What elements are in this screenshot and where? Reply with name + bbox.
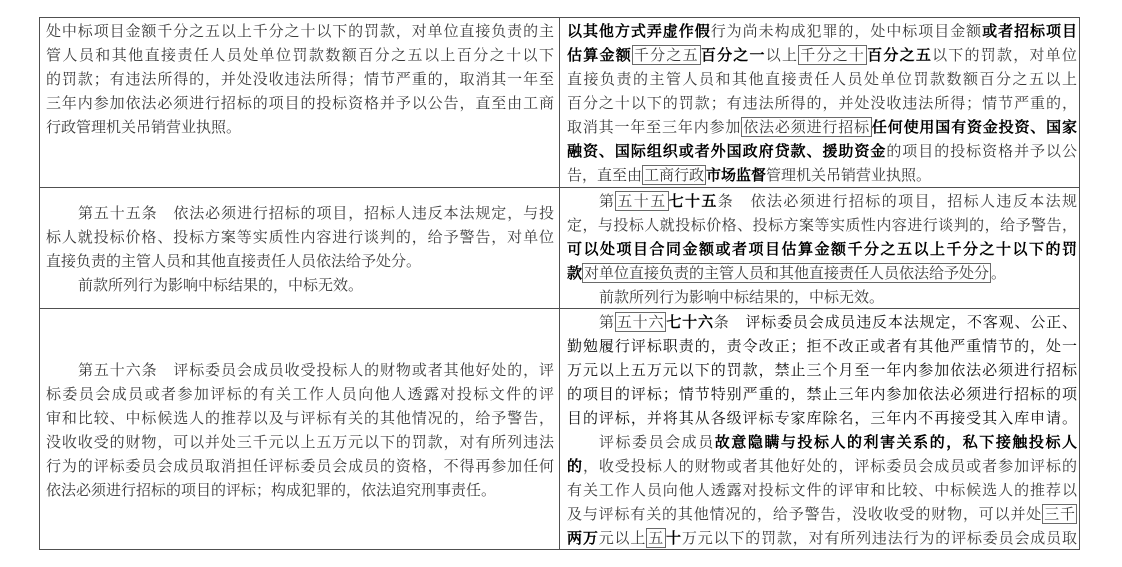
text-line: 万元以上五万元以下的罚款，禁止三个月至一年内参加依法必须进行招标: [567, 358, 1077, 382]
added-text-bold: 估算金额: [567, 46, 632, 64]
row-2-revised-text-cell: 第五十五七十五条 依法必须进行招标的项目，招标人违反本法规定，与投标人就投标价格…: [560, 188, 1080, 309]
text-line: 行政管理机关吊销营业执照。: [46, 115, 554, 139]
text-run: 条 依法必须进行招标的项目，招标人违反本法规: [718, 192, 1077, 210]
paragraph: 前款所列行为影响中标结果的，中标无效。: [46, 273, 554, 297]
text-line: 的项目的评标；情节特别严重的，禁止三年内参加依法必须进行招标的项: [567, 382, 1077, 406]
paragraph: 第五十六条 评标委员会成员收受投标人的财物或者其他好处的，评标委员会成员或者参加…: [46, 358, 554, 502]
text-run: 以下的罚款，对单位: [932, 46, 1077, 64]
text-line: 及与评标有关的其他情况的，给予警告，没收收受的财物，可以并处三千: [567, 502, 1077, 526]
text-run: 第: [599, 192, 615, 210]
text-run: 管理机关吊销营业执照。: [766, 166, 931, 184]
text-run: 没收收受的财物，可以并处三千元以上五万元以下的罚款，对有所列违法: [46, 433, 554, 451]
added-text: 评标委员会成员违反本法规定，不客观、公正、: [745, 313, 1077, 331]
text-line: 前款所列行为影响中标结果的，中标无效。: [46, 273, 554, 297]
added-text-bold: 任何使用国有资金投资、国家: [872, 118, 1077, 136]
text-run: 标人就投标价格、投标方案等实质性内容进行谈判的，给予警告，对单位: [46, 228, 554, 246]
text-run: 评标委员会成员: [599, 433, 715, 451]
text-run: 元以上: [599, 529, 647, 547]
text-run: 以上: [766, 46, 798, 64]
text-line: 没收收受的财物，可以并处三千元以上五万元以下的罚款，对有所列违法: [46, 430, 554, 454]
added-text-bold: 可以处项目合同金额或者项目估算金额千分之五以上千分之十以下的罚: [567, 240, 1077, 258]
text-line: 审和比较、中标候选人的推荐以及与评标有关的其他情况的，给予警告，: [46, 406, 554, 430]
deleted-text: 五十六: [615, 312, 666, 332]
added-text-bold: 两万: [567, 529, 599, 547]
text-line: 勤勉履行评标职责的，责令改正；拒不改正或者有其他严重情节的，处一: [567, 334, 1077, 358]
text-line: 百分之十以下的罚款；有违法所得的，并处没收违法所得；情节严重的，: [567, 91, 1077, 115]
text-run: 前款所列行为影响中标结果的，中标无效。: [78, 276, 363, 294]
paragraph: 评标委员会成员故意隐瞒与投标人的利害关系的，私下接触投标人的，收受投标人的财物或…: [567, 430, 1077, 550]
text-run: 处中标项目金额千分之五以上千分之十以下的罚款，对单位直接负责的主: [46, 22, 554, 40]
text-run: 定，与投标人就投标价格、投标方案等实质性内容进行谈判的，给予警告，: [567, 216, 1077, 234]
added-text-bold: 的: [567, 457, 583, 475]
deleted-text: 工商行政: [642, 165, 706, 185]
text-line: 直接负责的主管人员和其他直接责任人员依法给予处分。: [46, 249, 554, 273]
text-line: 的，收受投标人的财物或者其他好处的，评标委员会成员或者参加评标的: [567, 454, 1077, 478]
text-run: 及与评标有关的其他情况的，给予警告，没收收受的财物，可以并处: [567, 505, 1042, 523]
text-run: 标委员会成员或者参加评标的有关工作人员向他人透露对投标文件的评: [46, 385, 554, 403]
text-line: 行为的评标委员会成员取消担任评标委员会成员的资格，不得再参加任何: [46, 454, 554, 478]
text-run: 前款所列行为影响中标结果的，中标无效。: [599, 288, 884, 306]
text-run: 行政管理机关吊销营业执照。: [46, 118, 241, 136]
text-line: 告，直至由工商行政市场监督管理机关吊销营业执照。: [567, 163, 1077, 187]
deleted-text: 千分之五: [632, 45, 701, 65]
added-text: 的项目的评标；情节特别严重的，禁止三年内参加依法必须进行招标的项: [567, 385, 1077, 403]
text-line: 三年内参加依法必须进行招标的项目的投标资格并予以公告，直至由工商: [46, 91, 554, 115]
added-text-bold: 七十五: [669, 192, 718, 210]
paragraph: 以其他方式弄虚作假行为尚未构成犯罪的，处中标项目金额或者招标项目估算金额千分之五…: [567, 19, 1077, 187]
text-run: 直接负责的主管人员和其他直接责任人员依法给予处分。: [46, 252, 421, 270]
deleted-text: 五: [646, 528, 666, 548]
text-line: 的罚款；有违法所得的，并处没收违法所得；情节严重的，取消其一年至: [46, 67, 554, 91]
text-run: 告，直至由: [567, 166, 642, 184]
added-text-bold: 故意隐瞒与投标人的利害关系的，私下接触投标人: [715, 433, 1077, 451]
text-run: 直接负责的主管人员和其他直接责任人员处单位罚款数额百分之五以上: [567, 70, 1077, 88]
deleted-text: 依法必须进行招标: [741, 117, 872, 137]
added-text-bold: 十: [666, 529, 682, 547]
text-line: 目的评标，并将其从各级评标专家库除名，三年内不再接受其入库申请。: [567, 406, 1077, 430]
text-run: 审和比较、中标候选人的推荐以及与评标有关的其他情况的，给予警告，: [46, 409, 554, 427]
paragraph: 第五十五七十五条 依法必须进行招标的项目，招标人违反本法规定，与投标人就投标价格…: [567, 189, 1077, 285]
text-line: 前款所列行为影响中标结果的，中标无效。: [567, 285, 1077, 309]
text-line: 评标委员会成员故意隐瞒与投标人的利害关系的，私下接触投标人: [567, 430, 1077, 454]
text-line: 款对单位直接负责的主管人员和其他直接责任人员依法给予处分。: [567, 261, 1077, 285]
added-text-bold: 以其他方式弄虚作假: [567, 22, 711, 40]
text-run: 第五十六条 评标委员会成员收受投标人的财物或者其他好处的，评: [78, 361, 554, 379]
added-text-bold: 融资、国际组织或者外国政府贷款、援助资金: [567, 142, 886, 160]
text-line: 第五十六条 评标委员会成员收受投标人的财物或者其他好处的，评: [46, 358, 554, 382]
text-run: 依法必须进行招标的项目的评标；构成犯罪的，依法追究刑事责任。: [46, 481, 496, 499]
added-text: 目的评标，并将其从各级评标专家库除名，三年内不再接受其入库申请。: [567, 409, 1077, 427]
text-run: 取消其一年至三年内参加: [567, 118, 741, 136]
text-run: 管人员和其他直接责任人员处单位罚款数额百分之五以上百分之十以下: [46, 46, 554, 64]
text-run: 第五十五条 依法必须进行招标的项目，招标人违反本法规定，与投: [78, 204, 554, 222]
added-text: 勤勉履行评标职责的，责令改正；拒不改正或者有其他严重情节的，处一: [567, 337, 1077, 355]
paragraph: 第五十六七十六条 评标委员会成员违反本法规定，不客观、公正、勤勉履行评标职责的，…: [567, 310, 1077, 430]
text-line: 直接负责的主管人员和其他直接责任人员处单位罚款数额百分之五以上: [567, 67, 1077, 91]
text-line: 处中标项目金额千分之五以上千分之十以下的罚款，对单位直接负责的主: [46, 19, 554, 43]
row-1-original-text-cell: 处中标项目金额千分之五以上千分之十以下的罚款，对单位直接负责的主管人员和其他直接…: [40, 18, 560, 188]
paragraph: 处中标项目金额千分之五以上千分之十以下的罚款，对单位直接负责的主管人员和其他直接…: [46, 19, 554, 139]
added-text-bold: 市场监督: [706, 166, 766, 184]
text-line: 第五十六七十六条 评标委员会成员违反本法规定，不客观、公正、: [567, 310, 1077, 334]
text-run: 行为的评标委员会成员取消担任评标委员会成员的资格，不得再参加任何: [46, 457, 554, 475]
text-line: 以其他方式弄虚作假行为尚未构成犯罪的，处中标项目金额或者招标项目: [567, 19, 1077, 43]
added-text: 万元以上五万元以下的罚款，禁止三个月至一年内参加依法必须进行招标: [567, 361, 1077, 379]
text-line: 有关工作人员向他人透露对投标文件的评审和比较、中标候选人的推荐以: [567, 478, 1077, 502]
text-line: 融资、国际组织或者外国政府贷款、援助资金的项目的投标资格并予以公: [567, 139, 1077, 163]
text-line: 估算金额千分之五百分之一以上千分之十百分之五以下的罚款，对单位: [567, 43, 1077, 67]
text-line: 管人员和其他直接责任人员处单位罚款数额百分之五以上百分之十以下: [46, 43, 554, 67]
text-run: 行为尚未构成犯罪的，处中标项目金额: [711, 22, 982, 40]
text-line: 标委员会成员或者参加评标的有关工作人员向他人透露对投标文件的评: [46, 382, 554, 406]
text-run: 有关工作人员向他人透露对投标文件的评审和比较、中标候选人的推荐以: [567, 481, 1077, 499]
text-run: 三年内参加依法必须进行招标的项目的投标资格并予以公告，直至由工商: [46, 94, 554, 112]
row-3-original-text-cell: 第五十六条 评标委员会成员收受投标人的财物或者其他好处的，评标委员会成员或者参加…: [40, 309, 560, 550]
text-run: 万元以下的罚款，对有所列违法行为的评标委员会成员取: [682, 529, 1077, 547]
text-line: 第五十五七十五条 依法必须进行招标的项目，招标人违反本法规: [567, 189, 1077, 213]
added-text-bold: 款: [567, 264, 582, 282]
text-run: 的罚款；有违法所得的，并处没收违法所得；情节严重的，取消其一年至: [46, 70, 554, 88]
text-line: 可以处项目合同金额或者项目估算金额千分之五以上千分之十以下的罚: [567, 237, 1077, 261]
text-line: 取消其一年至三年内参加依法必须进行招标任何使用国有资金投资、国家: [567, 115, 1077, 139]
text-run: 第: [599, 313, 615, 331]
row-3-revised-text-cell: 第五十六七十六条 评标委员会成员违反本法规定，不客观、公正、勤勉履行评标职责的，…: [560, 309, 1080, 550]
added-text-bold: 百分之五: [867, 46, 932, 64]
paragraph: 前款所列行为影响中标结果的，中标无效。: [567, 285, 1077, 309]
text-line: 定，与投标人就投标价格、投标方案等实质性内容进行谈判的，给予警告，: [567, 213, 1077, 237]
added-text-bold: 七十六: [666, 313, 713, 331]
text-run: 。: [991, 264, 1006, 282]
text-line: 两万元以上五十万元以下的罚款，对有所列违法行为的评标委员会成员取: [567, 526, 1077, 550]
deleted-text: 五十五: [615, 191, 668, 211]
text-line: 第五十五条 依法必须进行招标的项目，招标人违反本法规定，与投: [46, 201, 554, 225]
row-1-revised-text-cell: 以其他方式弄虚作假行为尚未构成犯罪的，处中标项目金额或者招标项目估算金额千分之五…: [560, 18, 1080, 188]
paragraph: 第五十五条 依法必须进行招标的项目，招标人违反本法规定，与投标人就投标价格、投标…: [46, 201, 554, 273]
text-line: 标人就投标价格、投标方案等实质性内容进行谈判的，给予警告，对单位: [46, 225, 554, 249]
added-text-bold: 百分之一: [701, 46, 766, 64]
text-run: 的项目的投标资格并予以公: [886, 142, 1077, 160]
added-text-bold: 或者招标项目: [982, 22, 1077, 40]
law-comparison-table: 处中标项目金额千分之五以上千分之十以下的罚款，对单位直接负责的主管人员和其他直接…: [39, 17, 1080, 550]
deleted-text: 三千: [1042, 504, 1077, 524]
deleted-text: 千分之十: [798, 45, 867, 65]
text-run: ，收受投标人的财物或者其他好处的，评标委员会成员或者参加评标的: [583, 457, 1077, 475]
text-line: 依法必须进行招标的项目的评标；构成犯罪的，依法追究刑事责任。: [46, 478, 554, 502]
deleted-text: 对单位直接负责的主管人员和其他直接责任人员依法给予处分: [582, 263, 991, 283]
text-run: 百分之十以下的罚款；有违法所得的，并处没收违法所得；情节严重的，: [567, 94, 1077, 112]
text-run: 条: [714, 313, 746, 331]
row-2-original-text-cell: 第五十五条 依法必须进行招标的项目，招标人违反本法规定，与投标人就投标价格、投标…: [40, 188, 560, 309]
